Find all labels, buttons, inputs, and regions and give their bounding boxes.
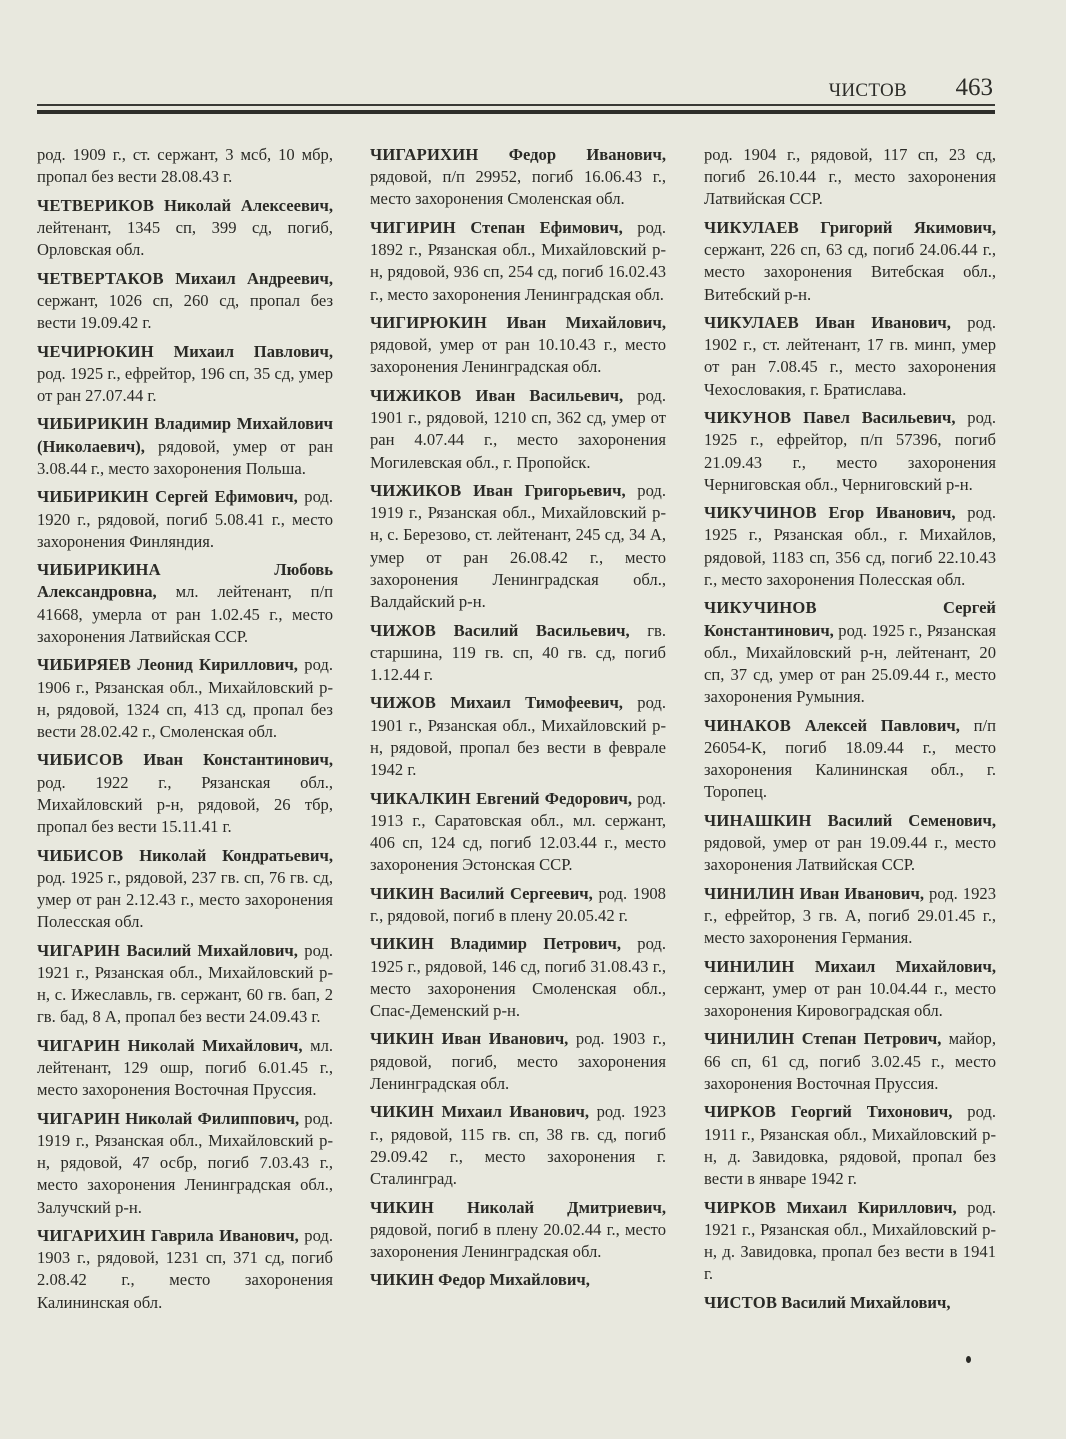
entry-surname: ЧИНАШКИН (704, 811, 812, 830)
entry-surname: ЧИГАРИН (37, 941, 120, 960)
entry-given-name: Михаил Тимофеевич, (450, 693, 623, 712)
entry-given-name: Егор Иванович, (828, 503, 955, 522)
entry-given-name: Николай Дмитриевич, (467, 1198, 666, 1217)
entry-given-name: Григорий Якимович, (820, 218, 996, 237)
entry-surname: ЧЕЧИРЮКИН (37, 342, 154, 361)
entry-given-name: Сергей Ефимович, (155, 487, 298, 506)
entry-details: род. 1904 г., рядовой, 117 сп, 23 сд, по… (704, 145, 996, 208)
dictionary-entry: ЧИКИН Владимир Петрович, род. 1925 г., р… (370, 933, 666, 1022)
entry-surname: ЧИКУЛАЕВ (704, 313, 799, 332)
dictionary-entry: ЧИГИРИН Степан Ефимович, род. 1892 г., Р… (370, 217, 666, 306)
entry-given-name: Николай Алексеевич, (164, 196, 333, 215)
entry-details: род. 1925 г., рядовой, 237 гв. сп, 76 гв… (37, 868, 333, 931)
dictionary-entry: ЧИКИН Николай Дмитриевич, рядовой, погиб… (370, 1197, 666, 1264)
entry-details: лейтенант, 1345 сп, 399 сд, погиб, Орлов… (37, 218, 333, 259)
entry-given-name: Гаврила Иванович, (151, 1226, 299, 1245)
entry-given-name: Иван Васильевич, (476, 386, 624, 405)
entry-given-name: Иван Константинович, (143, 750, 333, 769)
dictionary-entry: ЧИЖОВ Михаил Тимофеевич, род. 1901 г., Р… (370, 692, 666, 781)
dictionary-entry: ЧЕТВЕРТАКОВ Михаил Андреевич, сержант, 1… (37, 268, 333, 335)
entry-given-name: Степан Петрович, (802, 1029, 942, 1048)
entry-given-name: Владимир Петрович, (450, 934, 621, 953)
dictionary-entry: ЧИНИЛИН Иван Иванович, род. 1923 г., ефр… (704, 883, 996, 950)
entry-surname: ЧИНИЛИН (704, 1029, 794, 1048)
entry-given-name: Алексей Павлович, (805, 716, 960, 735)
entry-surname: ЧИБИСОВ (37, 750, 123, 769)
entry-given-name: Иван Иванович, (441, 1029, 568, 1048)
entry-given-name: Иван Григорьевич, (473, 481, 626, 500)
dictionary-entry: ЧИКИН Федор Михайлович, (370, 1269, 666, 1291)
running-head: ЧИСТОВ (829, 80, 907, 102)
entry-given-name: Михаил Иванович, (441, 1102, 589, 1121)
entry-surname: ЧИКИН (370, 934, 434, 953)
dictionary-entry: ЧИЖИКОВ Иван Васильевич, род. 1901 г., р… (370, 385, 666, 474)
dictionary-entry: ЧИБИРИКИН Сергей Ефимович, род. 1920 г.,… (37, 486, 333, 553)
entry-surname: ЧИБИРИКИН (37, 414, 149, 433)
entry-given-name: Василий Васильевич, (454, 621, 630, 640)
entry-given-name: Леонид Кириллович, (137, 655, 298, 674)
dictionary-entry: ЧИКИН Михаил Иванович, род. 1923 г., ряд… (370, 1101, 666, 1190)
dictionary-entry: ЧИЖОВ Василий Васильевич, гв. старшина, … (370, 620, 666, 687)
entry-details: сержант, 226 сп, 63 сд, погиб 24.06.44 г… (704, 240, 996, 303)
entry-surname: ЧИЖОВ (370, 621, 436, 640)
entry-surname: ЧИКУЛАЕВ (704, 218, 799, 237)
entry-surname: ЧИБИРИКИН (37, 487, 149, 506)
dictionary-entry: ЧИГАРИХИН Федор Иванович, рядовой, п/п 2… (370, 144, 666, 211)
dictionary-entry: ЧИБИСОВ Иван Константинович, род. 1922 г… (37, 749, 333, 838)
entry-surname: ЧИГИРЮКИН (370, 313, 487, 332)
entry-surname: ЧЕТВЕРИКОВ (37, 196, 154, 215)
entry-given-name: Степан Ефимович, (470, 218, 622, 237)
entry-given-name: Иван Иванович, (815, 313, 951, 332)
entry-given-name: Федор Михайлович, (438, 1270, 590, 1289)
dictionary-entry: ЧИКУЛАЕВ Иван Иванович, род. 1902 г., ст… (704, 312, 996, 401)
entry-surname: ЧИБИСОВ (37, 846, 123, 865)
entry-given-name: Василий Семенович, (828, 811, 996, 830)
entry-surname: ЧИКУНОВ (704, 408, 791, 427)
entry-surname: ЧИГАРИХИН (370, 145, 478, 164)
dictionary-entry: ЧИБИРЯЕВ Леонид Кириллович, род. 1906 г.… (37, 654, 333, 743)
entry-details: сержант, 1026 сп, 260 сд, пропал без вес… (37, 291, 333, 332)
entry-given-name: Евгений Федорович, (476, 789, 632, 808)
entry-surname: ЧИГАРИН (37, 1036, 120, 1055)
entry-surname: ЧИНАКОВ (704, 716, 791, 735)
entry-given-name: Иван Иванович, (800, 884, 924, 903)
entry-given-name: Михаил Андреевич, (175, 269, 333, 288)
entry-details: сержант, умер от ран 10.04.44 г., место … (704, 979, 996, 1020)
entry-given-name: Василий Михайлович, (127, 941, 298, 960)
entry-surname: ЧИЖИКОВ (370, 386, 461, 405)
entry-surname: ЧИКИН (370, 1102, 434, 1121)
entry-surname: ЧИКИН (370, 1270, 434, 1289)
dictionary-entry: ЧИКИН Иван Иванович, род. 1903 г., рядов… (370, 1028, 666, 1095)
entry-surname: ЧИГИРИН (370, 218, 456, 237)
dictionary-entry: ЧИРКОВ Георгий Тихонович, род. 1911 г., … (704, 1101, 996, 1190)
entry-given-name: Федор Иванович, (509, 145, 666, 164)
entry-given-name: Михаил Павлович, (174, 342, 333, 361)
entry-given-name: Николай Филиппович, (125, 1109, 299, 1128)
dictionary-entry: ЧИНИЛИН Степан Петрович, майор, 66 сп, 6… (704, 1028, 996, 1095)
entry-given-name: Василий Михайлович, (781, 1293, 950, 1312)
entry-details: род. 1909 г., ст. сержант, 3 мсб, 10 мбр… (37, 145, 333, 186)
dictionary-entry: ЧИГАРИХИН Гаврила Иванович, род. 1903 г.… (37, 1225, 333, 1314)
entry-surname: ЧИГАРИХИН (37, 1226, 145, 1245)
column-1: род. 1909 г., ст. сержант, 3 мсб, 10 мбр… (37, 144, 333, 1320)
entry-given-name: Михаил Кириллович, (787, 1198, 957, 1217)
dictionary-entry: ЧИГАРИН Василий Михайлович, род. 1921 г.… (37, 940, 333, 1029)
column-3: род. 1904 г., рядовой, 117 сп, 23 сд, по… (704, 144, 996, 1320)
entry-surname: ЧИНИЛИН (704, 884, 794, 903)
dictionary-entry: ЧИНАКОВ Алексей Павлович, п/п 26054-К, п… (704, 715, 996, 804)
entry-surname: ЧИБИРЯЕВ (37, 655, 131, 674)
column-2: ЧИГАРИХИН Федор Иванович, рядовой, п/п 2… (370, 144, 666, 1298)
entry-surname: ЧИРКОВ (704, 1102, 776, 1121)
entry-details: род. 1919 г., Рязанская обл., Михайловск… (370, 481, 666, 611)
entry-given-name: Николай Михайлович, (128, 1036, 303, 1055)
entry-details: рядовой, умер от ран 19.09.44 г., место … (704, 833, 996, 874)
dictionary-entry: ЧИКАЛКИН Евгений Федорович, род. 1913 г.… (370, 788, 666, 877)
entry-given-name: Николай Кондратьевич, (139, 846, 333, 865)
entry-details: рядовой, умер от ран 10.10.43 г., место … (370, 335, 666, 376)
dictionary-entry: род. 1904 г., рядовой, 117 сп, 23 сд, по… (704, 144, 996, 211)
entry-surname: ЧИНИЛИН (704, 957, 794, 976)
entry-details: рядовой, п/п 29952, погиб 16.06.43 г., м… (370, 167, 666, 208)
dictionary-entry: ЧИСТОВ Василий Михайлович, (704, 1292, 996, 1314)
dictionary-entry: ЧИНАШКИН Василий Семенович, рядовой, уме… (704, 810, 996, 877)
dictionary-entry: ЧИКУЧИНОВ Егор Иванович, род. 1925 г., Р… (704, 502, 996, 591)
entry-surname: ЧИКУЧИНОВ (704, 503, 817, 522)
dictionary-entry: ЧИГИРЮКИН Иван Михайлович, рядовой, умер… (370, 312, 666, 379)
dictionary-entry: ЧИБИСОВ Николай Кондратьевич, род. 1925 … (37, 845, 333, 934)
entry-surname: ЧИСТОВ (704, 1293, 777, 1312)
entry-surname: ЧИРКОВ (704, 1198, 776, 1217)
dictionary-entry: ЧИКУЧИНОВ Сергей Константинович, род. 19… (704, 597, 996, 708)
header-rule-thin (37, 104, 995, 106)
entry-given-name: Иван Михайлович, (506, 313, 666, 332)
dictionary-entry: ЧИБИРИКИН Владимир Михайлович (Николаеви… (37, 413, 333, 480)
dictionary-entry: ЧЕЧИРЮКИН Михаил Павлович, род. 1925 г.,… (37, 341, 333, 408)
header-rule-thick (37, 110, 995, 114)
entry-details: род. 1922 г., Рязанская обл., Михайловск… (37, 773, 333, 836)
dictionary-entry: ЧИБИРИКИНА Любовь Александровна, мл. лей… (37, 559, 333, 648)
print-speck (966, 1356, 971, 1363)
dictionary-entry: ЧЕТВЕРИКОВ Николай Алексеевич, лейтенант… (37, 195, 333, 262)
entry-surname: ЧИБИРИКИНА (37, 560, 161, 579)
dictionary-entry: ЧИГАРИН Николай Михайлович, мл. лейтенан… (37, 1035, 333, 1102)
page-header: ЧИСТОВ 463 (37, 74, 995, 116)
dictionary-entry: ЧИКУЛАЕВ Григорий Якимович, сержант, 226… (704, 217, 996, 306)
entry-surname: ЧИЖИКОВ (370, 481, 461, 500)
entry-surname: ЧИГАРИН (37, 1109, 120, 1128)
dictionary-entry: ЧИЖИКОВ Иван Григорьевич, род. 1919 г., … (370, 480, 666, 613)
page-number: 463 (956, 74, 994, 102)
entry-details: род. 1925 г., ефрейтор, 196 сп, 35 сд, у… (37, 364, 333, 405)
entry-surname: ЧЕТВЕРТАКОВ (37, 269, 164, 288)
entry-surname: ЧИКИН (370, 1029, 434, 1048)
dictionary-entry: ЧИКУНОВ Павел Васильевич, род. 1925 г., … (704, 407, 996, 496)
entry-surname: ЧИКУЧИНОВ (704, 598, 817, 617)
entry-surname: ЧИКИН (370, 884, 434, 903)
dictionary-entry: род. 1909 г., ст. сержант, 3 мсб, 10 мбр… (37, 144, 333, 188)
dictionary-entry: ЧИГАРИН Николай Филиппович, род. 1919 г.… (37, 1108, 333, 1219)
entry-given-name: Георгий Тихонович, (791, 1102, 952, 1121)
dictionary-entry: ЧИКИН Василий Сергеевич, род. 1908 г., р… (370, 883, 666, 927)
entry-surname: ЧИКАЛКИН (370, 789, 471, 808)
dictionary-entry: ЧИРКОВ Михаил Кириллович, род. 1921 г., … (704, 1197, 996, 1286)
dictionary-entry: ЧИНИЛИН Михаил Михайлович, сержант, умер… (704, 956, 996, 1023)
entry-details: рядовой, погиб в плену 20.02.44 г., мест… (370, 1220, 666, 1261)
entry-surname: ЧИКИН (370, 1198, 434, 1217)
entry-surname: ЧИЖОВ (370, 693, 436, 712)
entry-given-name: Михаил Михайлович, (815, 957, 996, 976)
entry-given-name: Павел Васильевич, (803, 408, 955, 427)
entry-given-name: Василий Сергеевич, (440, 884, 593, 903)
